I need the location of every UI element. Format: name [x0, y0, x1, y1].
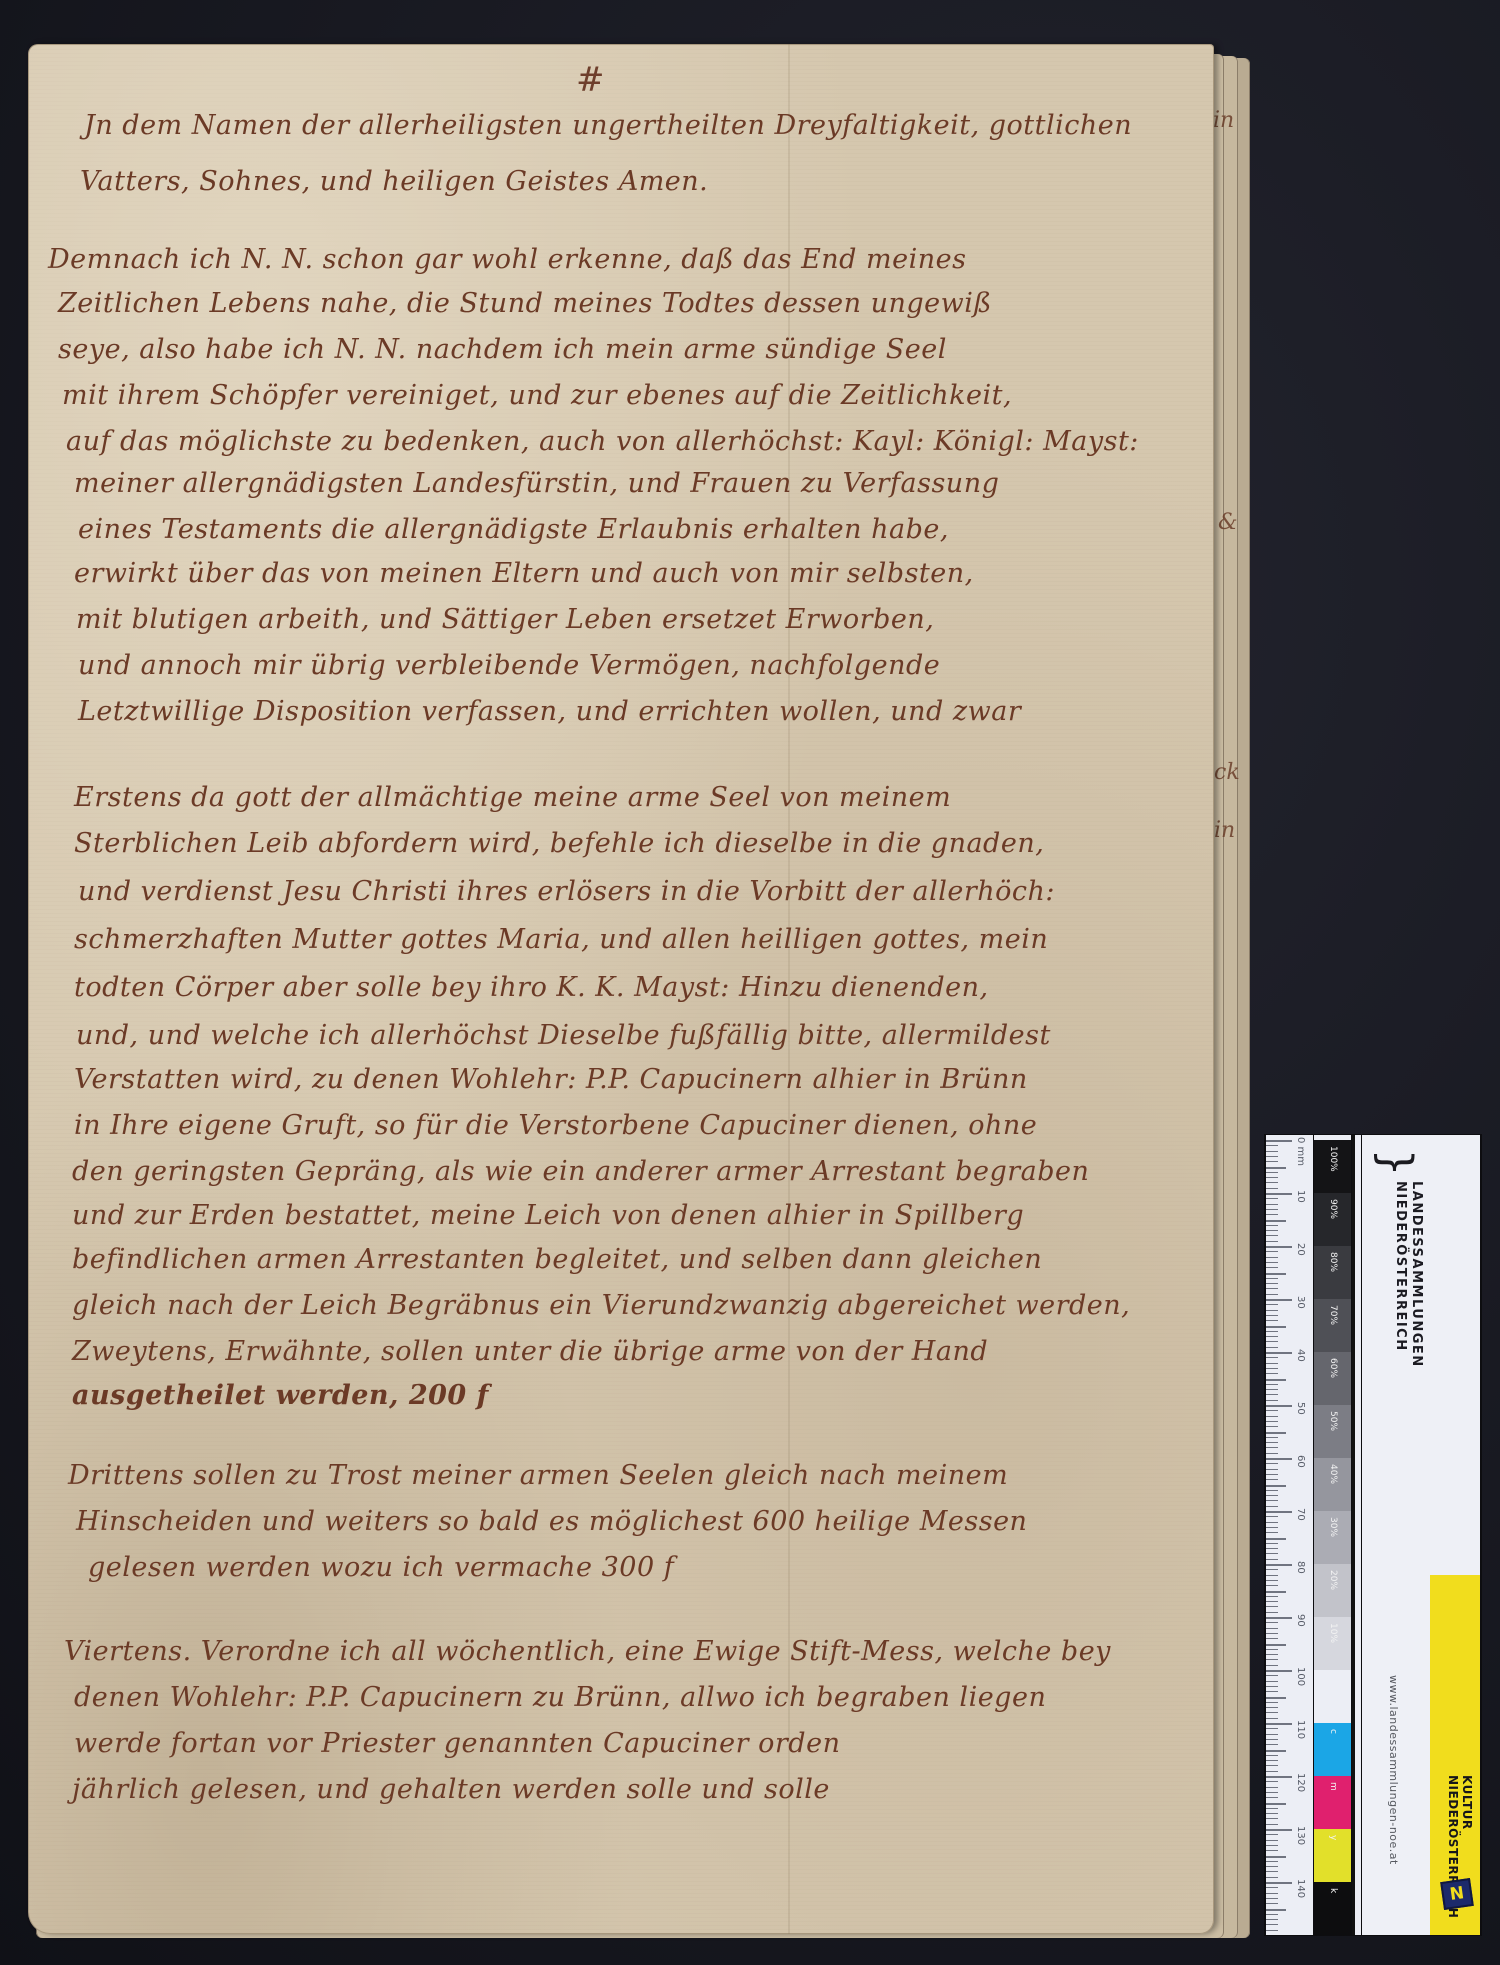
ruler-tick	[1266, 1326, 1286, 1328]
manuscript-line: Jn dem Namen der allerheiligsten ungerth…	[84, 110, 1132, 141]
manuscript-line: todten Cörper aber solle bey ihro K. K. …	[74, 972, 989, 1003]
ruler-tick	[1266, 1373, 1278, 1374]
manuscript-line: Viertens. Verordne ich all wöchentlich, …	[64, 1636, 1111, 1667]
ruler-tick	[1266, 1495, 1278, 1496]
patch-label: 30%	[1328, 1517, 1338, 1537]
mm-ruler: 0 mm102030405060708090100110120130140	[1266, 1135, 1313, 1935]
brace-logo-icon: }	[1371, 1149, 1422, 1177]
ruler-tick	[1266, 1426, 1278, 1427]
ruler-tick	[1266, 1898, 1278, 1899]
manuscript-line: Hinscheiden und weiters so bald es mögli…	[76, 1506, 1027, 1537]
ruler-tick	[1266, 1516, 1278, 1517]
ruler-label: 130	[1295, 1826, 1306, 1845]
manuscript-line: befindlichen armen Arrestanten begleitet…	[72, 1244, 1042, 1275]
manuscript-line: gelesen werden wozu ich vermache 300 f	[88, 1552, 674, 1583]
manuscript-line: gleich nach der Leich Begräbnus ein Vier…	[72, 1290, 1130, 1321]
edge-fragment: in	[1213, 108, 1234, 133]
grayscale-patch: 50%	[1314, 1405, 1351, 1458]
grayscale-patch: 40%	[1314, 1458, 1351, 1511]
ruler-tick	[1266, 1718, 1278, 1719]
ruler-tick	[1266, 1564, 1292, 1566]
ruler-tick	[1266, 1214, 1278, 1215]
ruler-tick	[1266, 1548, 1278, 1549]
ruler-tick	[1266, 1845, 1278, 1846]
cmyk-patch: y	[1314, 1829, 1351, 1882]
ruler-tick	[1266, 1665, 1278, 1666]
patch-label: 70%	[1328, 1305, 1338, 1325]
cmyk-patch: c	[1314, 1723, 1351, 1776]
ruler-tick	[1266, 1490, 1278, 1491]
manuscript-line: Verstatten wird, zu denen Wohlehr: P.P. …	[74, 1064, 1028, 1095]
patch-label: 50%	[1328, 1411, 1338, 1431]
ruler-label: 100	[1295, 1667, 1306, 1686]
ruler-tick	[1266, 1765, 1278, 1766]
patch-label: 60%	[1328, 1358, 1338, 1378]
ruler-tick	[1266, 1622, 1278, 1623]
ruler-tick	[1266, 1283, 1278, 1284]
ruler-label: 0 mm	[1295, 1137, 1306, 1166]
ruler-tick	[1266, 1871, 1278, 1872]
ruler-tick	[1266, 1267, 1278, 1268]
ruler-tick	[1266, 1824, 1278, 1825]
ruler-tick	[1266, 1315, 1278, 1316]
ruler-label: 90	[1295, 1614, 1306, 1627]
ruler-tick	[1266, 1161, 1278, 1162]
ruler-label: 60	[1295, 1455, 1306, 1468]
ruler-tick	[1266, 1246, 1292, 1248]
ruler-tick	[1266, 1903, 1278, 1904]
ruler-tick	[1266, 1310, 1278, 1311]
ruler-label: 10	[1295, 1190, 1306, 1203]
ruler-tick	[1266, 1225, 1278, 1226]
ruler-tick	[1266, 1612, 1278, 1613]
ruler-tick	[1266, 1479, 1278, 1480]
color-reference-card: 0 mm102030405060708090100110120130140 10…	[1264, 1134, 1482, 1936]
ruler-tick	[1266, 1453, 1278, 1454]
brand-line-1: KULTUR	[1460, 1775, 1474, 1830]
ruler-tick	[1266, 1363, 1278, 1364]
ruler-tick	[1266, 1352, 1292, 1354]
ruler-tick	[1266, 1580, 1278, 1581]
ruler-tick	[1266, 1273, 1286, 1275]
ruler-tick	[1266, 1278, 1278, 1279]
ruler-tick	[1266, 1575, 1278, 1576]
ruler-tick	[1266, 1320, 1278, 1321]
ruler-tick	[1266, 1591, 1286, 1593]
ruler-tick	[1266, 1882, 1292, 1884]
ruler-tick	[1266, 1538, 1286, 1540]
ruler-tick	[1266, 1368, 1278, 1369]
ruler-tick	[1266, 1357, 1278, 1358]
cmyk-patch: k	[1314, 1882, 1351, 1935]
manuscript-line: jährlich gelesen, und gehalten werden so…	[72, 1774, 830, 1805]
grayscale-patch: 70%	[1314, 1299, 1351, 1352]
ruler-tick	[1266, 1681, 1278, 1682]
ruler-tick	[1266, 1331, 1278, 1332]
ruler-tick	[1266, 1818, 1278, 1819]
ruler-tick	[1266, 1220, 1286, 1222]
manuscript-line: und verdienst Jesu Christi ihres erlöser…	[78, 876, 1055, 907]
ruler-tick	[1266, 1813, 1278, 1814]
patch-label: 100%	[1328, 1146, 1338, 1172]
ruler-tick	[1266, 1861, 1278, 1862]
grayscale-patch: 80%	[1314, 1246, 1351, 1299]
ruler-tick	[1266, 1400, 1278, 1401]
ruler-tick	[1266, 1379, 1286, 1381]
patch-label: 80%	[1328, 1252, 1338, 1272]
ruler-label: 70	[1295, 1508, 1306, 1521]
ruler-tick	[1266, 1670, 1292, 1672]
ruler-tick	[1266, 1707, 1278, 1708]
card-divider	[1352, 1135, 1361, 1935]
ruler-tick	[1266, 1585, 1278, 1586]
edge-fragment: in	[1214, 818, 1235, 843]
patch-label: 40%	[1328, 1464, 1338, 1484]
ruler-label: 140	[1295, 1879, 1306, 1898]
ruler-tick	[1266, 1458, 1292, 1460]
ruler-tick	[1266, 1596, 1278, 1597]
ruler-tick	[1266, 1924, 1278, 1925]
grayscale-patch: 90%	[1314, 1193, 1351, 1246]
ruler-tick	[1266, 1288, 1278, 1289]
manuscript-line: Drittens sollen zu Trost meiner armen Se…	[68, 1460, 1008, 1491]
ruler-tick	[1266, 1930, 1278, 1931]
ruler-label: 120	[1295, 1773, 1306, 1792]
ruler-tick	[1266, 1776, 1292, 1778]
ruler-tick	[1266, 1416, 1278, 1417]
label-panel: } LANDESSAMMLUNGEN NIEDERÖSTERREICH www.…	[1362, 1135, 1480, 1935]
manuscript-line: werde fortan vor Priester genannten Capu…	[74, 1728, 840, 1759]
manuscript-line: Letztwillige Disposition verfassen, und …	[78, 696, 1021, 727]
patch-label: m	[1328, 1782, 1338, 1791]
ruler-tick	[1266, 1156, 1278, 1157]
ruler-tick	[1266, 1601, 1278, 1602]
ruler-tick	[1266, 1797, 1278, 1798]
manuscript-line: mit ihrem Schöpfer vereiniget, und zur e…	[62, 380, 1012, 411]
ruler-tick	[1266, 1728, 1278, 1729]
ruler-tick	[1266, 1691, 1278, 1692]
ruler-label: 40	[1295, 1349, 1306, 1362]
manuscript-line: ausgetheilet werden, 200 f	[72, 1380, 489, 1411]
ruler-tick	[1266, 1850, 1278, 1851]
ruler-tick	[1266, 1389, 1278, 1390]
grayscale-patch: 100%	[1314, 1140, 1351, 1193]
ruler-tick	[1266, 1485, 1286, 1487]
ruler-tick	[1266, 1405, 1292, 1407]
ruler-tick	[1266, 1739, 1278, 1740]
ruler-tick	[1266, 1893, 1278, 1894]
ruler-tick	[1266, 1787, 1278, 1788]
ruler-tick	[1266, 1675, 1278, 1676]
ruler-tick	[1266, 1606, 1278, 1607]
ruler-tick	[1266, 1877, 1278, 1878]
ruler-tick	[1266, 1432, 1286, 1434]
ruler-tick	[1266, 1829, 1292, 1831]
ruler-tick	[1266, 1341, 1278, 1342]
ruler-tick	[1266, 1755, 1278, 1756]
kultur-noe-brand-box: KULTUR NIEDERÖSTERREICH N	[1430, 1575, 1480, 1935]
ruler-tick	[1266, 1177, 1278, 1178]
manuscript-line: und zur Erden bestattet, meine Leich von…	[72, 1200, 1024, 1231]
ruler-tick	[1266, 1803, 1286, 1805]
ruler-tick	[1266, 1198, 1278, 1199]
ruler-tick	[1266, 1543, 1278, 1544]
publisher-line-2: NIEDERÖSTERREICH	[1393, 1181, 1408, 1352]
ruler-tick	[1266, 1771, 1278, 1772]
ruler-tick	[1266, 1182, 1278, 1183]
ruler-tick	[1266, 1304, 1278, 1305]
ruler-tick	[1266, 1251, 1278, 1252]
folio-mark: #	[576, 60, 605, 100]
ruler-tick	[1266, 1421, 1278, 1422]
ruler-tick	[1266, 1617, 1292, 1619]
ruler-tick	[1266, 1140, 1292, 1142]
ruler-tick	[1266, 1463, 1278, 1464]
ruler-tick	[1266, 1559, 1278, 1560]
ruler-tick	[1266, 1294, 1278, 1295]
manuscript-line: mit blutigen arbeith, und Sättiger Leben…	[76, 604, 934, 635]
ruler-tick	[1266, 1834, 1278, 1835]
ruler-tick	[1266, 1633, 1278, 1634]
ruler-tick	[1266, 1151, 1278, 1152]
ruler-tick	[1266, 1447, 1278, 1448]
ruler-tick	[1266, 1262, 1278, 1263]
manuscript-line: Sterblichen Leib abfordern wird, befehle…	[74, 828, 1044, 859]
ruler-tick	[1266, 1686, 1278, 1687]
manuscript-line: Zeitlichen Lebens nahe, die Stund meines…	[58, 288, 992, 319]
ruler-tick	[1266, 1336, 1278, 1337]
manuscript-line: denen Wohlehr: P.P. Capucinern zu Brünn,…	[74, 1682, 1046, 1713]
ruler-tick	[1266, 1257, 1278, 1258]
ruler-tick	[1266, 1697, 1286, 1699]
ruler-tick	[1266, 1384, 1278, 1385]
ruler-tick	[1266, 1442, 1278, 1443]
manuscript-line: meiner allergnädigsten Landesfürstin, un…	[74, 468, 999, 499]
ruler-tick	[1266, 1167, 1286, 1169]
manuscript-line: schmerzhaften Mutter gottes Maria, und a…	[74, 924, 1048, 955]
ruler-tick	[1266, 1744, 1278, 1745]
edge-fragment: &	[1218, 510, 1238, 535]
grayscale-patch: 10%	[1314, 1617, 1351, 1670]
ruler-tick	[1266, 1866, 1278, 1867]
ruler-tick	[1266, 1347, 1278, 1348]
patch-label: y	[1328, 1835, 1338, 1840]
ruler-tick	[1266, 1469, 1278, 1470]
manuscript-line: den geringsten Gepräng, als wie ein ande…	[72, 1156, 1089, 1187]
ruler-tick	[1266, 1145, 1278, 1146]
patch-label: 90%	[1328, 1199, 1338, 1219]
ruler-tick	[1266, 1394, 1278, 1395]
ruler-tick	[1266, 1723, 1292, 1725]
patch-label: 10%	[1328, 1623, 1338, 1643]
ruler-tick	[1266, 1760, 1278, 1761]
ruler-tick	[1266, 1437, 1278, 1438]
ruler-tick	[1266, 1188, 1278, 1189]
manuscript-line: und annoch mir übrig verbleibende Vermög…	[78, 650, 940, 681]
ruler-tick	[1266, 1527, 1278, 1528]
ruler-tick	[1266, 1506, 1278, 1507]
manuscript-line: auf das möglichste zu bedenken, auch von…	[66, 426, 1139, 457]
ruler-tick	[1266, 1750, 1286, 1752]
grayscale-patch: 60%	[1314, 1352, 1351, 1405]
manuscript-line: in Ihre eigene Gruft, so für die Verstor…	[74, 1110, 1037, 1141]
patch-label: k	[1328, 1888, 1338, 1893]
ruler-tick	[1266, 1410, 1278, 1411]
ruler-tick	[1266, 1532, 1278, 1533]
cmyk-patch: m	[1314, 1776, 1351, 1829]
manuscript-line: Demnach ich N. N. schon gar wohl erkenne…	[48, 244, 966, 275]
ruler-label: 20	[1295, 1243, 1306, 1256]
ruler-tick	[1266, 1511, 1292, 1513]
manuscript-line: seye, also habe ich N. N. nachdem ich me…	[58, 334, 947, 365]
grayscale-strip: 100%90%80%70%60%50%40%30%20%10%cmyk	[1314, 1135, 1351, 1935]
edge-fragment: ck	[1214, 760, 1240, 785]
ruler-tick	[1266, 1209, 1278, 1210]
ruler-tick	[1266, 1235, 1278, 1236]
grayscale-patch: 20%	[1314, 1564, 1351, 1617]
ruler-tick	[1266, 1638, 1278, 1639]
manuscript-line: und, und welche ich allerhöchst Dieselbe…	[76, 1020, 1051, 1051]
ruler-tick	[1266, 1644, 1286, 1646]
ruler-tick	[1266, 1522, 1278, 1523]
ruler-tick	[1266, 1659, 1278, 1660]
ruler-tick	[1266, 1840, 1278, 1841]
ruler-tick	[1266, 1628, 1278, 1629]
publisher-line-1: LANDESSAMMLUNGEN	[1409, 1181, 1424, 1368]
ruler-tick	[1266, 1792, 1278, 1793]
ruler-tick	[1266, 1654, 1278, 1655]
manuscript-line: erwirkt über das von meinen Eltern und a…	[74, 558, 974, 589]
ruler-label: 110	[1295, 1720, 1306, 1739]
ruler-tick	[1266, 1914, 1278, 1915]
ruler-label: 50	[1295, 1402, 1306, 1415]
ruler-tick	[1266, 1919, 1278, 1920]
ruler-tick	[1266, 1734, 1278, 1735]
grayscale-patch: 30%	[1314, 1511, 1351, 1564]
ruler-tick	[1266, 1299, 1292, 1301]
manuscript-page: # Jn dem Namen der allerheiligsten unger…	[28, 44, 1214, 1934]
patch-label: 20%	[1328, 1570, 1338, 1590]
patch-label: c	[1328, 1729, 1338, 1734]
noe-logo-icon: N	[1440, 1878, 1474, 1910]
ruler-tick	[1266, 1569, 1278, 1570]
manuscript-line: Zweytens, Erwähnte, sollen unter die übr…	[72, 1336, 988, 1367]
ruler-tick	[1266, 1241, 1278, 1242]
ruler-tick	[1266, 1649, 1278, 1650]
manuscript-line: Vatters, Sohnes, und heiligen Geistes Am…	[80, 166, 708, 197]
ruler-tick	[1266, 1193, 1292, 1195]
ruler-tick	[1266, 1230, 1278, 1231]
ruler-tick	[1266, 1172, 1278, 1173]
ruler-tick	[1266, 1500, 1278, 1501]
ruler-tick	[1266, 1474, 1278, 1475]
ruler-tick	[1266, 1553, 1278, 1554]
ruler-tick	[1266, 1887, 1278, 1888]
ruler-label: 80	[1295, 1561, 1306, 1574]
ruler-tick	[1266, 1808, 1278, 1809]
ruler-tick	[1266, 1781, 1278, 1782]
website-url: www.landessammlungen-noe.at	[1387, 1675, 1400, 1865]
manuscript-line: eines Testaments die allergnädigste Erla…	[78, 514, 949, 545]
manuscript-line: Erstens da gott der allmächtige meine ar…	[74, 782, 951, 813]
ruler-tick	[1266, 1856, 1286, 1858]
ruler-tick	[1266, 1712, 1278, 1713]
ruler-label: 30	[1295, 1296, 1306, 1309]
ruler-tick	[1266, 1909, 1286, 1911]
ruler-tick	[1266, 1204, 1278, 1205]
ruler-tick	[1266, 1702, 1278, 1703]
